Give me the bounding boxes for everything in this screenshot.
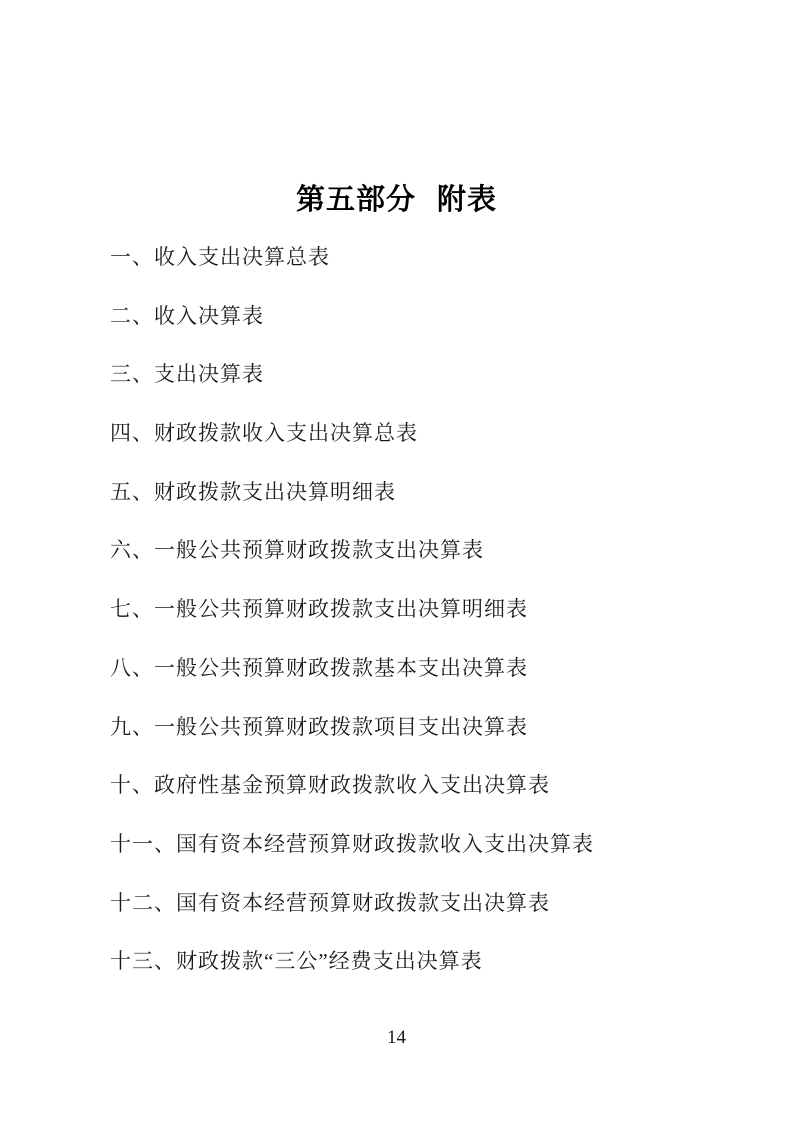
page-number: 14 bbox=[0, 1027, 793, 1049]
toc-item-6: 六、一般公共预算财政拨款支出决算表 bbox=[110, 539, 753, 562]
toc-list: 一、收入支出决算总表 二、收入决算表 三、支出决算表 四、财政拨款收入支出决算总… bbox=[110, 246, 753, 1009]
toc-item-12: 十二、国有资本经营预算财政拨款支出决算表 bbox=[110, 892, 753, 915]
toc-item-10: 十、政府性基金预算财政拨款收入支出决算表 bbox=[110, 774, 753, 797]
toc-item-3: 三、支出决算表 bbox=[110, 363, 753, 386]
toc-item-2: 二、收入决算表 bbox=[110, 305, 753, 328]
toc-item-8: 八、一般公共预算财政拨款基本支出决算表 bbox=[110, 657, 753, 680]
toc-item-5: 五、财政拨款支出决算明细表 bbox=[110, 481, 753, 504]
toc-item-13: 十三、财政拨款“三公”经费支出决算表 bbox=[110, 950, 753, 973]
toc-item-11: 十一、国有资本经营预算财政拨款收入支出决算表 bbox=[110, 833, 753, 856]
toc-item-4: 四、财政拨款收入支出决算总表 bbox=[110, 422, 753, 445]
toc-item-7: 七、一般公共预算财政拨款支出决算明细表 bbox=[110, 598, 753, 621]
document-page: 第五部分 附表 一、收入支出决算总表 二、收入决算表 三、支出决算表 四、财政拨… bbox=[0, 0, 793, 1122]
toc-item-9: 九、一般公共预算财政拨款项目支出决算表 bbox=[110, 716, 753, 739]
toc-item-1: 一、收入支出决算总表 bbox=[110, 246, 753, 269]
section-heading: 第五部分 附表 bbox=[0, 183, 793, 217]
